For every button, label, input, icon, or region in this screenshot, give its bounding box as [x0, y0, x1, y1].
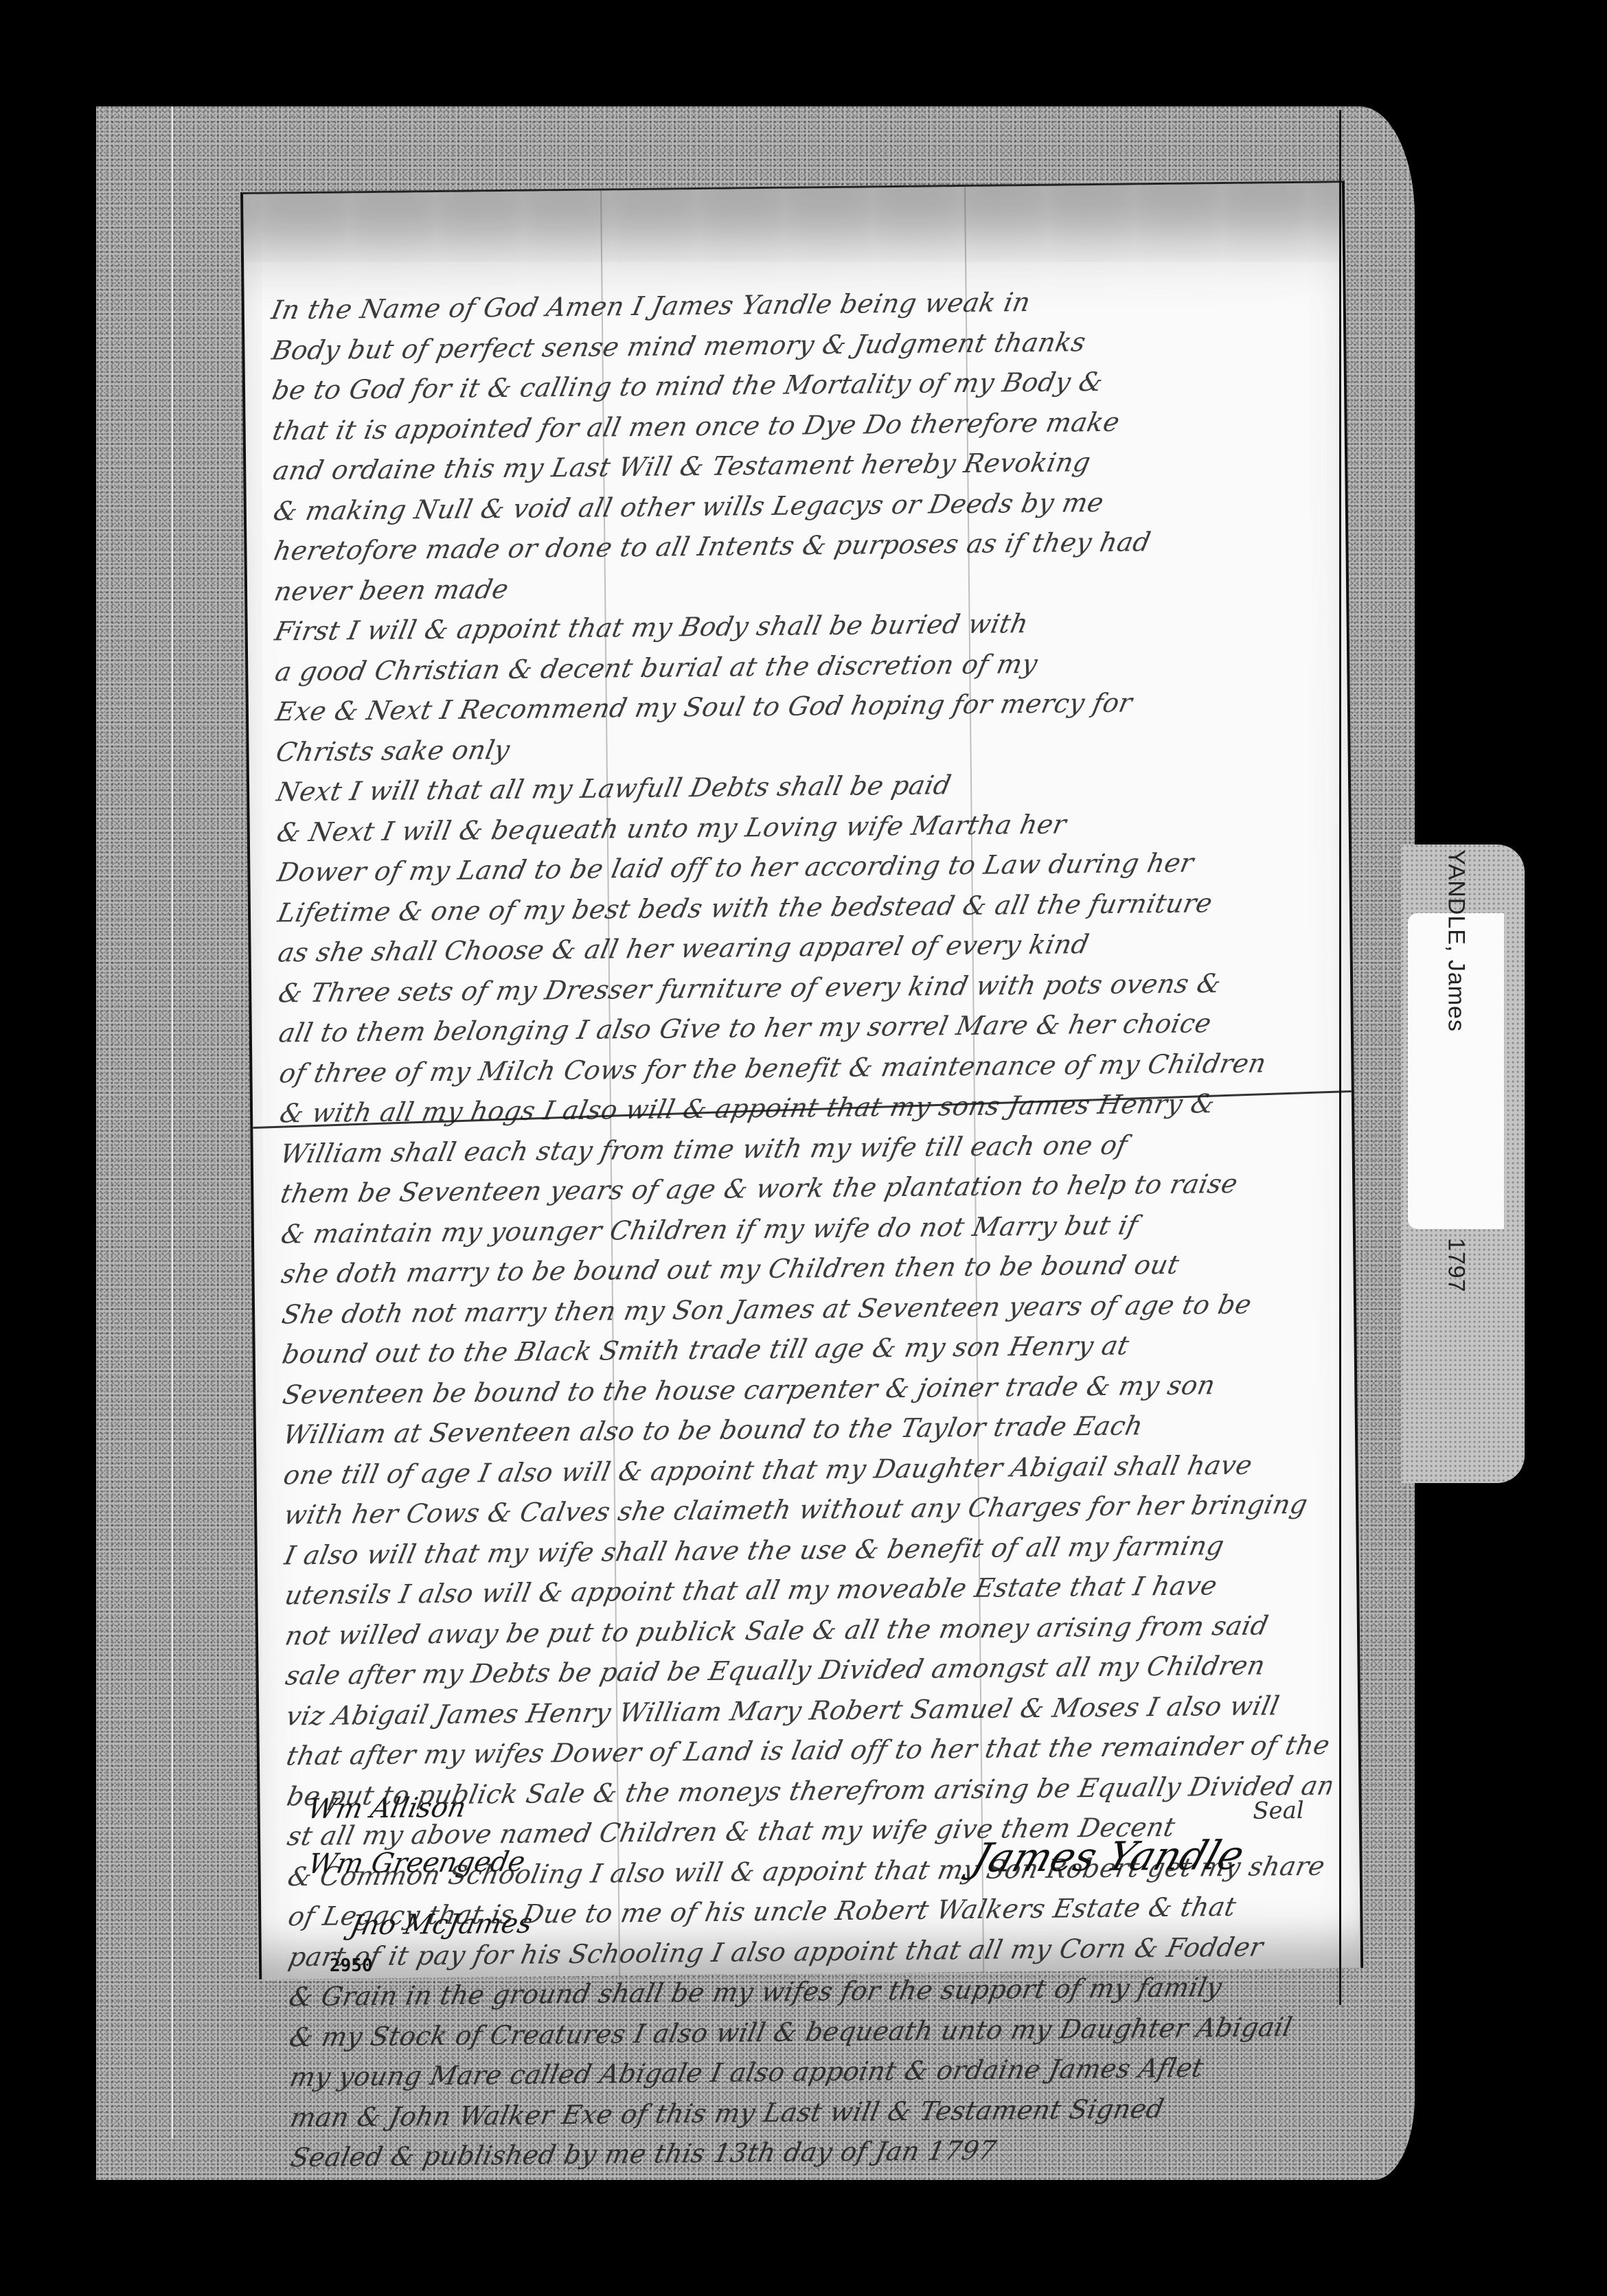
folder-crease-left — [172, 106, 173, 2139]
testator-signature: James Yandle — [967, 1832, 1250, 1881]
tab-label-year: 1797 — [1443, 1238, 1470, 1293]
witness-signature: Jno McJames — [347, 1908, 535, 1942]
archive-stamp-number: 2950 — [330, 1955, 373, 1976]
folder-tab-label: YANDLE, James 1797 — [1408, 913, 1504, 1229]
folder-crease-right — [1339, 110, 1341, 2005]
witness-signature: Wm Greengede — [306, 1846, 528, 1880]
will-document-page: In the Name of God Amen I James Yandle b… — [240, 181, 1363, 1979]
signature-block: Wm Allison Wm Greengede Jno McJames Jame… — [287, 1782, 1333, 1972]
seal-mark: Seal — [1253, 1797, 1304, 1825]
tab-label-name: YANDLE, James — [1443, 849, 1470, 1032]
witness-signature: Wm Allison — [305, 1792, 469, 1826]
